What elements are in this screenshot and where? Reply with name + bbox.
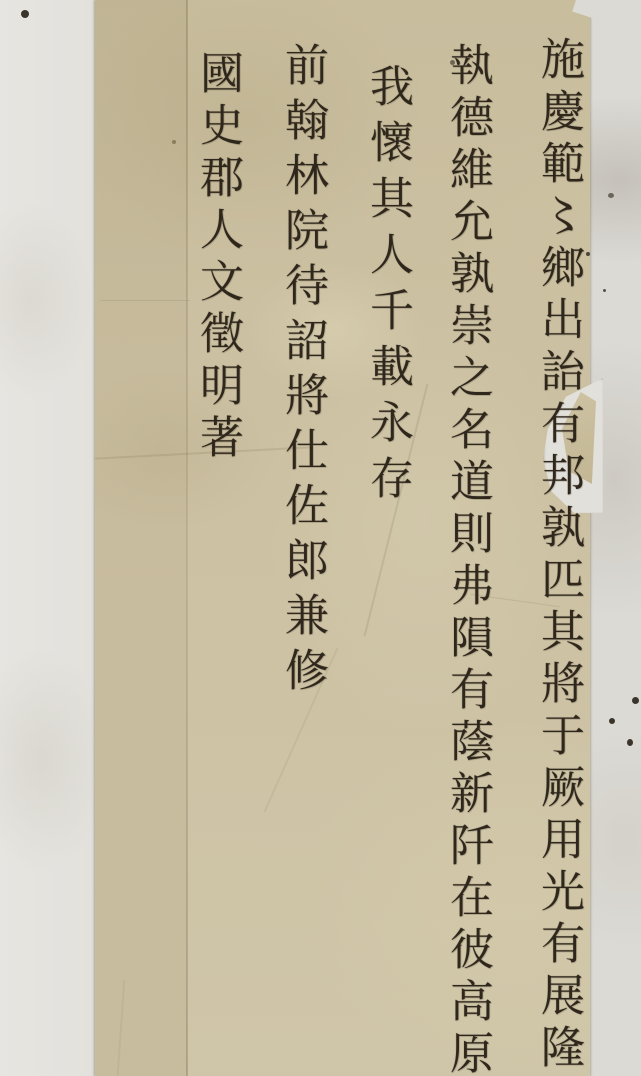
ink-speck [603,289,606,292]
calligraphy-column-4: 前翰林院待詔將仕佐郎兼修 [268,34,334,710]
ink-speck [627,739,633,746]
manuscript-photo: 施慶範〻鄉出詒有邦孰匹其將于厥用光有展隆 執德維允孰崇之名道則弗隕有蔭新阡在彼高… [0,0,641,1076]
paper-left-panel [95,0,187,1076]
calligraphy-column-1: 施慶範〻鄉出詒有邦孰匹其將于厥用光有展隆 [524,36,590,1076]
ink-speck [609,718,615,724]
ink-speck [21,10,29,18]
ink-speck [172,140,176,144]
calligraphy-column-2: 執德維允孰崇之名道則弗隕有蔭新阡在彼高原 [433,42,499,1076]
ink-speck [608,193,614,198]
calligraphy-column-5: 國史郡人文徵明著 [183,38,249,478]
ink-speck [632,697,639,704]
calligraphy-column-3: 我懷其人千載永存 [353,52,419,522]
paper-crease [100,300,190,301]
